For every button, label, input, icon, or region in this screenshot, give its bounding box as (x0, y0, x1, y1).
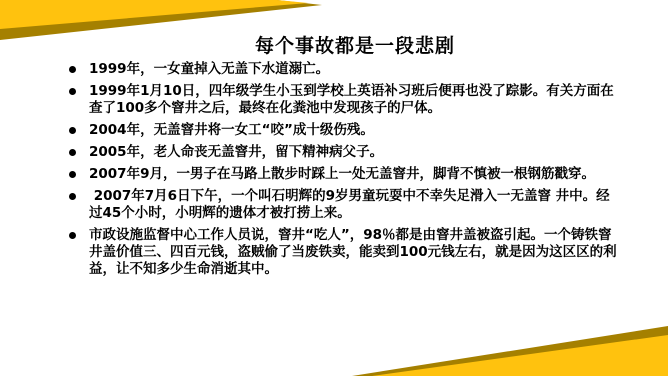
bullet-text-2: 1999年1月10日，四年级学生小玉到学校上英语补习班后便再也没了踪影。有关方面… (89, 83, 622, 117)
bullet-text-7: 市政设施监督中心工作人员说，窨井“吃人”，98％都是由窨井盖被盗引起。一个铸铁窨… (89, 227, 622, 278)
bullet-item-1: 1999年，一女童掉入无盖下水道溺亡。 (68, 61, 622, 78)
bullet-icon (69, 88, 76, 95)
bullet-item-5: 2007年9月，一男子在马路上散步时踩上一处无盖窨井，脚背不慎被一根钢筋戳穿。 (68, 166, 622, 183)
bullet-item-2: 1999年1月10日，四年级学生小玉到学校上英语补习班后便再也没了踪影。有关方面… (68, 83, 622, 117)
bullet-item-3: 2004年，无盖窨井将一女工“咬”成十级伤残。 (68, 122, 622, 139)
presentation-slide: 每个事故都是一段悲剧 1999年，一女童掉入无盖下水道溺亡。 1999年1月10… (0, 0, 668, 376)
bottom-band-shadow-shape (352, 326, 668, 376)
bullet-icon (69, 149, 76, 156)
bullet-list: 1999年，一女童掉入无盖下水道溺亡。 1999年1月10日，四年级学生小玉到学… (68, 61, 622, 283)
bullet-icon (69, 193, 76, 200)
bullet-icon (69, 232, 76, 239)
bullet-text-3: 2004年，无盖窨井将一女工“咬”成十级伤残。 (89, 122, 622, 139)
bullet-text-1: 1999年，一女童掉入无盖下水道溺亡。 (89, 61, 622, 78)
bullet-icon (69, 127, 76, 134)
bullet-item-6: 2007年7月6日下午，一个叫石明辉的9岁男童玩耍中不幸失足滑入一无盖窨 井中。… (68, 188, 622, 222)
bullet-text-4: 2005年，老人命丧无盖窨井，留下精神病父子。 (89, 144, 622, 161)
bottom-band-yellow-shape (372, 335, 668, 376)
bullet-text-6: 2007年7月6日下午，一个叫石明辉的9岁男童玩耍中不幸失足滑入一无盖窨 井中。… (89, 188, 622, 222)
bullet-icon (69, 171, 76, 178)
top-band-yellow-shape (0, 0, 308, 29)
slide-title: 每个事故都是一段悲剧 (76, 31, 634, 58)
bullet-item-7: 市政设施监督中心工作人员说，窨井“吃人”，98％都是由窨井盖被盗引起。一个铸铁窨… (68, 227, 622, 278)
bullet-text-5: 2007年9月，一男子在马路上散步时踩上一处无盖窨井，脚背不慎被一根钢筋戳穿。 (89, 166, 622, 183)
bullet-item-4: 2005年，老人命丧无盖窨井，留下精神病父子。 (68, 144, 622, 161)
bullet-icon (69, 66, 76, 73)
